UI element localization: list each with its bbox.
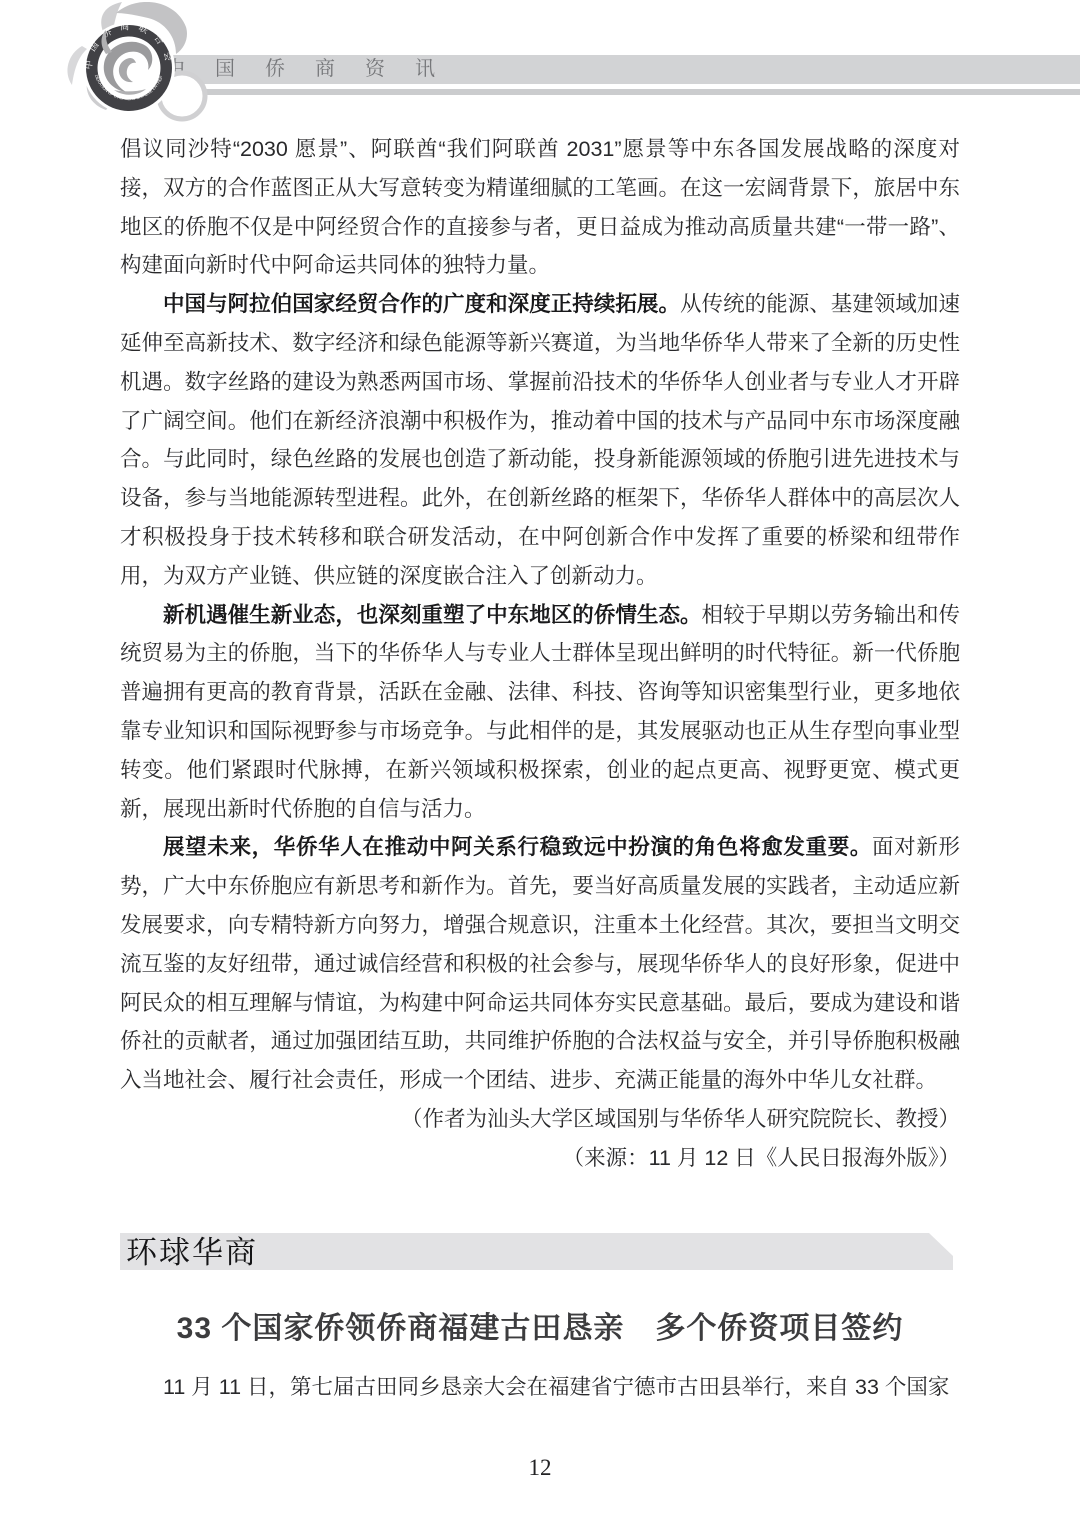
article-title: 33 个国家侨领侨商福建古田恳亲 多个侨资项目签约 [0,1303,1080,1347]
paragraph-2: 中国与阿拉伯国家经贸合作的广度和深度正持续拓展。从传统的能源、基建领域加速延伸至… [120,285,960,595]
paragraph-4-text: 面对新形势，广大中东侨胞应有新思考和新作为。首先，要当好高质量发展的实践者，主动… [120,835,960,1092]
document-page: 中国侨商资讯 中国侨商联合会 CHINA FEDERATION OF OVERS… [0,0,1080,1525]
paragraph-3-text: 相较于早期以劳务输出和传统贸易为主的侨胞，当下的华侨华人与专业人士群体呈现出鲜明… [120,603,960,821]
federation-seal-icon: 中国侨商联合会 CHINA FEDERATION OF OVERSEAS CHI… [44,2,224,126]
paragraph-2-lead: 中国与阿拉伯国家经贸合作的广度和深度正持续拓展。 [163,292,680,316]
author-byline: （作者为汕头大学区域国别与华侨华人研究院院长、教授） [120,1100,960,1139]
federation-logo: 中国侨商联合会 CHINA FEDERATION OF OVERSEAS CHI… [44,2,224,126]
paragraph-3: 新机遇催生新业态，也深刻重塑了中东地区的侨情生态。相较于早期以劳务输出和传统贸易… [120,596,960,829]
paragraph-4-lead: 展望未来，华侨华人在推动中阿关系行稳致远中扮演的角色将愈发重要。 [163,835,872,859]
paragraph-4: 展望未来，华侨华人在推动中阿关系行稳致远中扮演的角色将愈发重要。面对新形势，广大… [120,828,960,1100]
section-title: 环球华商 [120,1233,953,1272]
header-band-underline [140,89,1080,95]
paragraph-1: 倡议同沙特“2030 愿景”、阿联酋“我们阿联酋 2031”愿景等中东各国发展战… [120,130,960,285]
article-lead-paragraph: 11 月 11 日，第七届古田同乡恳亲大会在福建省宁德市古田县举行，来自 33 … [120,1368,960,1407]
source-line: （来源：11 月 12 日《人民日报海外版》） [120,1139,960,1178]
paragraph-1-text: 倡议同沙特“2030 愿景”、阿联酋“我们阿联酋 2031”愿景等中东各国发展战… [120,137,960,277]
paragraph-2-text: 从传统的能源、基建领域加速延伸至高新技术、数字经济和绿色能源等新兴赛道，为当地华… [120,292,960,588]
section-banner: 环球华商 [120,1233,953,1270]
page-number: 12 [0,1455,1080,1481]
article-body: 倡议同沙特“2030 愿景”、阿联酋“我们阿联酋 2031”愿景等中东各国发展战… [120,130,960,1178]
paragraph-3-lead: 新机遇催生新业态，也深刻重塑了中东地区的侨情生态。 [163,603,702,627]
